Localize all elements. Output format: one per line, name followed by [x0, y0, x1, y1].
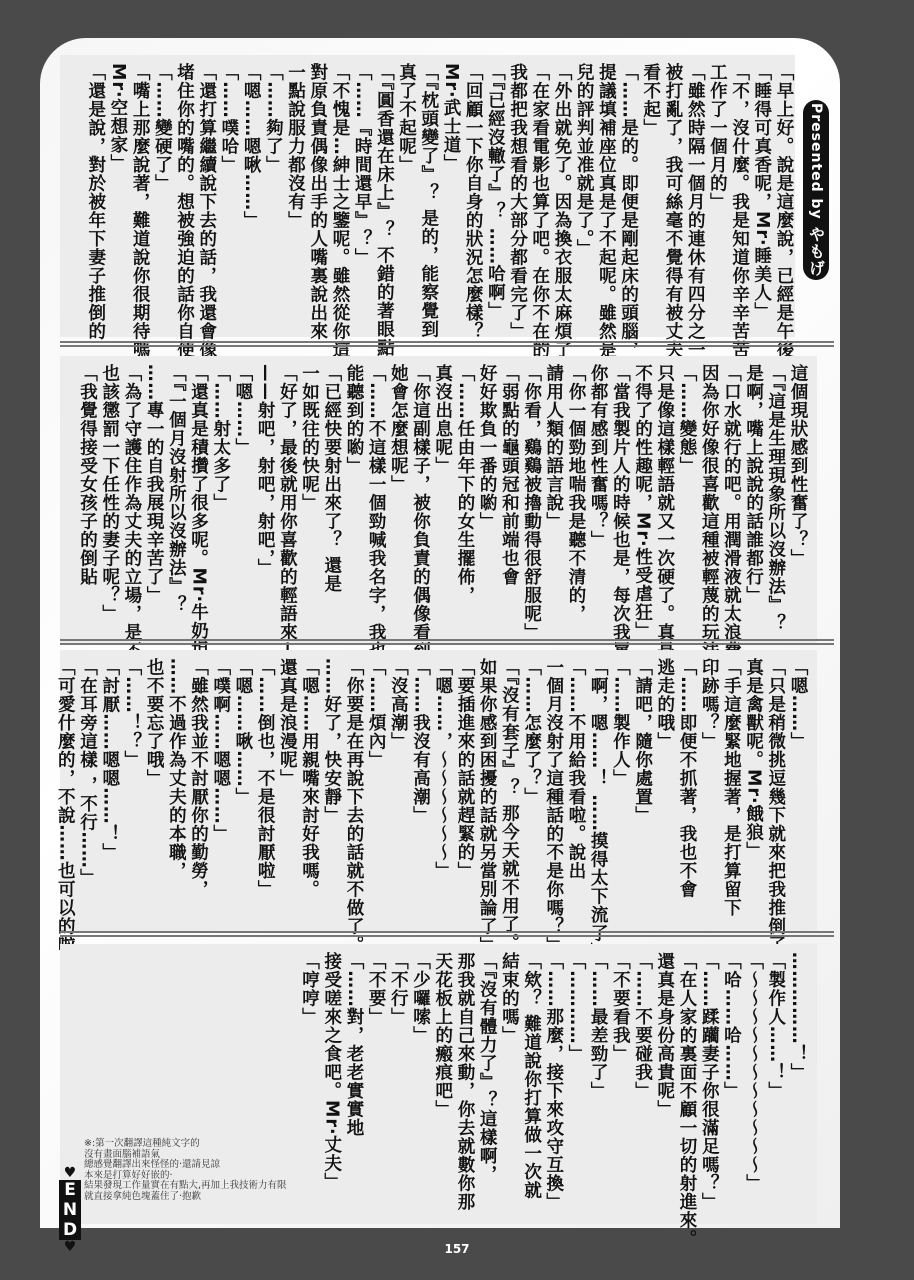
dialogue-line: 「～～～～～～～～～～～」	[742, 952, 764, 1218]
dialogue-line: 「欸？ 難道說你打算做一次就	[520, 952, 542, 1218]
dialogue-line: 「少囉嗦」	[409, 952, 431, 1218]
dialogue-line: 「『一個月沒射所以沒辦法』？	[165, 364, 187, 637]
dialogue-line: 「……『時間還早』？」	[351, 63, 373, 331]
dialogue-line: 「……不用給我看啦。說出	[565, 658, 587, 926]
dialogue-line: 「還真是積攢了很多呢。Mr·牛奶坦克」	[187, 364, 209, 637]
dialogue-line: 「啊，嗯……！ ……摸得太下流了」	[587, 658, 609, 926]
dialogue-line: ——射吧，射吧，射吧，」	[254, 364, 276, 637]
dialogue-line: 「……射太多了」	[210, 364, 232, 637]
dialogue-line: 不得了的性趣呢，Mr·性受虐狂」	[631, 364, 653, 637]
dialogue-line: 她會怎麼想呢」	[387, 364, 409, 637]
dialogue-line: 「……噗哈」	[218, 63, 240, 331]
dialogue-line: 也該懲罰一下任性的妻子呢？」	[99, 364, 121, 637]
dialogue-line: 「……是的。即便是剛起床的頭腦，能夠	[617, 63, 639, 331]
dialogue-line: 「不要看我」	[609, 952, 631, 1218]
dialogue-line: 「嗯……」	[232, 364, 254, 637]
dialogue-line: 真是禽獸呢。Mr·餓狼」	[742, 658, 764, 926]
heart-icon: ♥	[64, 1166, 77, 1180]
dialogue-line: 「口水就行的吧。用潤滑液就太浪費了，	[720, 364, 742, 637]
dialogue-line: 堵住你的嘴的。想被強迫的話你自便」	[173, 63, 195, 331]
dialogue-line: 對原負責偶像出手的人嘴裏說出來	[307, 63, 329, 331]
dialogue-line: 一個月沒射了這種話的不是你嗎？」	[543, 658, 565, 926]
dialogue-line: 「已經快要射出來了？ 還是	[321, 364, 343, 637]
presented-by-badge: Presented by やもげ	[803, 100, 829, 280]
dialogue-line: 因為你好像很喜歡這種被輕蔑的玩法」	[698, 364, 720, 637]
dialogue-line: 一點說服力都沒有」	[284, 63, 306, 331]
dialogue-line: 兒的評判並准就是了。」	[573, 63, 595, 331]
author-name: やもげ	[805, 226, 828, 277]
dialogue-line: 「嗯……嗯啾……」	[240, 63, 262, 331]
dialogue-line: 「……最差勁了」	[587, 952, 609, 1218]
dialogue-line: 「……任由年下的女生擺佈，	[454, 364, 476, 637]
note-line: 就直接拿純色塊蓋住了·抱歉	[84, 1192, 384, 1203]
dialogue-line: 「我覺得接受女孩子的倒貼	[76, 364, 98, 637]
dialogue-line: 「請吧，隨你處置」	[631, 658, 653, 926]
dialogue-line: 「討厭……嗯嗯……！」	[99, 658, 121, 926]
dialogue-line: 逃走的哦」	[654, 658, 676, 926]
dialogue-line: 「睡得可真香呢，Mr·睡美人」	[751, 63, 773, 331]
dialogue-line: 真了不起呢」	[395, 63, 417, 331]
dialogue-line: 「製作人……！」	[765, 952, 787, 1218]
dialogue-line: 「你這副樣子，被你負責的偶像看到了，	[409, 364, 431, 637]
dialogue-line: 「『沒有套子』？ 那今天就不用了。	[498, 658, 520, 926]
dialogue-line: 那我就自己來動，你去就數你那	[454, 952, 476, 1218]
dialogue-line: 「……變硬了」	[151, 63, 173, 331]
dialogue-line: 只是像這樣輕語就又一次硬了。真是	[654, 364, 676, 637]
dialogue-line: 「不，沒什麼。我是知道你辛辛苦苦	[728, 63, 750, 331]
dialogue-line: 「還打算繼續說下去的話，我還會像這樣	[196, 63, 218, 331]
dialogue-line: ……不過作為丈夫的本職，	[165, 658, 187, 926]
dialogue-line: ……好了，快安靜」	[321, 658, 343, 926]
dialogue-line: 如果你感到困擾的話就另當別論了」	[476, 658, 498, 926]
dialogue-line: 工作了一個月的」	[706, 63, 728, 331]
dialogue-line: 能聽到的喲」	[343, 364, 365, 637]
dialogue-line: 「……怎麼了？」	[520, 658, 542, 926]
end-letter: N	[59, 1200, 81, 1220]
manga-page: Presented by やもげ 「早上好。說是這麼說，已經是午後了。」「睡得可…	[40, 38, 840, 1228]
dialogue-line: 「……倒也，不是很討厭啦」	[254, 658, 276, 926]
dialogue-line: 「……不這樣一個勁喊我名字，我也是	[365, 364, 387, 637]
dialogue-line: 「還是說，對於被年下妻子推倒的	[85, 63, 107, 331]
dialogue-line: 「『枕頭變了』？ 是的，能察覺到	[418, 63, 440, 331]
dialogue-line: 一如既往的快呢」	[298, 364, 320, 637]
dialogue-line: 「為了守護住作為丈夫的立場，是不是	[121, 364, 143, 637]
dialogue-line: 「要插進來的話就趕緊的」	[454, 658, 476, 926]
dialogue-line: 「你一個勁地喘我是聽不清的，	[565, 364, 587, 637]
dialogue-line: 「…………」	[565, 952, 587, 1218]
dialogue-line: 好好欺負一番的喲」	[476, 364, 498, 637]
dialogue-line: 「嘴上那麼說著，難道說你很期待嗎？	[129, 63, 151, 331]
dialogue-line: 「……不要碰我」	[631, 952, 653, 1218]
dialogue-line: 印跡嗎？」	[698, 658, 720, 926]
dialogue-line: 「……蹂躪妻子你很滿足嗎？」	[698, 952, 720, 1218]
presented-label: Presented by	[808, 103, 824, 220]
dialogue-line: ……專一的自我展現辛苦了」	[143, 364, 165, 637]
dialogue-line: 「噗啊……嗯嗯……」	[210, 658, 232, 926]
dialogue-line: 真沒出息呢」	[432, 364, 454, 637]
dialogue-line: 「在人家的裏面不顧一切的射進來。	[676, 952, 698, 1218]
dialogue-line: 「……煩內」	[365, 658, 387, 926]
text-panel-3: 「嗯……」「只是稍微挑逗幾下就來把我推倒了，真是禽獸呢。Mr·餓狼」「手這麼緊地…	[60, 650, 817, 932]
panel-divider	[60, 639, 834, 645]
dialogue-line: 「不行」	[387, 952, 409, 1218]
dialogue-line: 「……！？」	[121, 658, 143, 926]
dialogue-line: 這個現狀感到性奮了？」	[787, 364, 809, 637]
dialogue-line: 是啊，嘴上說說的話誰都行」	[742, 364, 764, 637]
dialogue-line: 「嗯……用親嘴來討好我嗎。	[298, 658, 320, 926]
dialogue-line: 「雖然時隔一個月的連休有四分之一	[684, 63, 706, 331]
dialogue-line: 結束的嗎」	[498, 952, 520, 1218]
dialogue-line: 「嗯……啾……」	[232, 658, 254, 926]
dialogue-line: 還真是浪漫呢」	[276, 658, 298, 926]
dialogue-line: ……………！」	[787, 952, 809, 1218]
dialogue-line: 「弱點的龜頭冠和前端也會	[498, 364, 520, 637]
dialogue-line: 「當我製片人的時候也是，每次我罵你，	[609, 364, 631, 637]
dialogue-line: Mr·空想家」	[107, 63, 129, 331]
dialogue-line: 「你要是在再說下去的話就不做了。	[343, 658, 365, 926]
dialogue-line: 天花板上的瘢痕吧」	[432, 952, 454, 1218]
dialogue-line: 你都有感到性奮嗎？」	[587, 364, 609, 637]
page-number: 157	[0, 1242, 914, 1256]
dialogue-line: 「不愧是…紳士之鑒呢。雖然從你這個	[329, 63, 351, 331]
end-letter: D	[59, 1220, 81, 1240]
end-badge: ♥ E N D ♥	[58, 1166, 82, 1250]
dialogue-line: 「嗯……，～～～～～～」	[432, 658, 454, 926]
dialogue-line: 請用人類的語言說」	[543, 364, 565, 637]
dialogue-line: 「手這麼緊地握著，是打算留下	[720, 658, 742, 926]
dialogue-line: 「早上好。說是這麼說，已經是午後了。」	[773, 63, 795, 331]
dialogue-line: 「……夠了」	[262, 63, 284, 331]
dialogue-line: 「……製作人」	[609, 658, 631, 926]
dialogue-line: 「好了，最後就用你喜歡的輕語來——	[276, 364, 298, 637]
dialogue-line: 「『圓香還在床上』？ 不錯的著眼點」	[373, 63, 395, 331]
dialogue-line: 「沒高潮」	[387, 658, 409, 926]
dialogue-line: 「你看，鷄鷄被擼動得很舒服呢」	[520, 364, 542, 637]
text-panel-2: 這個現狀感到性奮了？」「『這是生理現象所以沒辦法』？是啊，嘴上說說的話誰都行」「…	[60, 356, 817, 643]
dialogue-line: 被打亂了，我可絲毫不覺得有被丈夫	[662, 63, 684, 331]
dialogue-line: 「……那麼，接下來攻守互換」	[543, 952, 565, 1218]
dialogue-line: 「外出就免了。因為換衣服太麻煩了」	[551, 63, 573, 331]
dialogue-line: 我都把我想看的大部分都看完了」	[506, 63, 528, 331]
panel-divider	[60, 931, 834, 937]
end-letter: E	[59, 1180, 81, 1200]
note-line: ※:第一次翻譯這種純文字的	[84, 1139, 384, 1150]
text-panel-1: 「早上好。說是這麼說，已經是午後了。」「睡得可真香呢，Mr·睡美人」「不，沒什麼…	[60, 55, 795, 337]
dialogue-line: 「可愛什麼的，不說……也可以的啦…	[54, 658, 76, 926]
dialogue-line: 「……即便不抓著，我也不會	[676, 658, 698, 926]
dialogue-line: 「……我沒有高潮」	[409, 658, 431, 926]
dialogue-line: 「只是稍微挑逗幾下就來把我推倒了，	[765, 658, 787, 926]
dialogue-line: 也不要忘了哦」	[143, 658, 165, 926]
dialogue-line: 「『這是生理現象所以沒辦法』？	[765, 364, 787, 637]
dialogue-line: 「在家看電影也算了吧。在你不在的時候	[529, 63, 551, 331]
dialogue-line: 「在耳旁這樣 ，不行……」	[76, 658, 98, 926]
dialogue-line: Mr·武士道」	[440, 63, 462, 331]
dialogue-line: 看不起」	[640, 63, 662, 331]
dialogue-line: 「嗯……」	[787, 658, 809, 926]
dialogue-line: 「……變態」	[676, 364, 698, 637]
dialogue-line: 「雖然我並不討厭你的勤勞，	[187, 658, 209, 926]
dialogue-line: 「『沒有體力了』？這樣啊，	[476, 952, 498, 1218]
dialogue-line: 「回顧一下你自身的狀況怎麼樣？	[462, 63, 484, 331]
translator-note: ※:第一次翻譯這種純文字的 沒有畫面腦補語氣 總感覺翻譯出來怪怪的·還請見諒 本…	[84, 1139, 384, 1203]
dialogue-line: 「『已經沒轍了』？ ……哈啊」	[484, 63, 506, 331]
panel-divider	[60, 341, 834, 347]
dialogue-line: 還真是身份高貴呢」	[654, 952, 676, 1218]
dialogue-line: 「哈……哈……」	[720, 952, 742, 1218]
dialogue-line: 提議填補座位真是了不起呢。雖然是嬰	[595, 63, 617, 331]
